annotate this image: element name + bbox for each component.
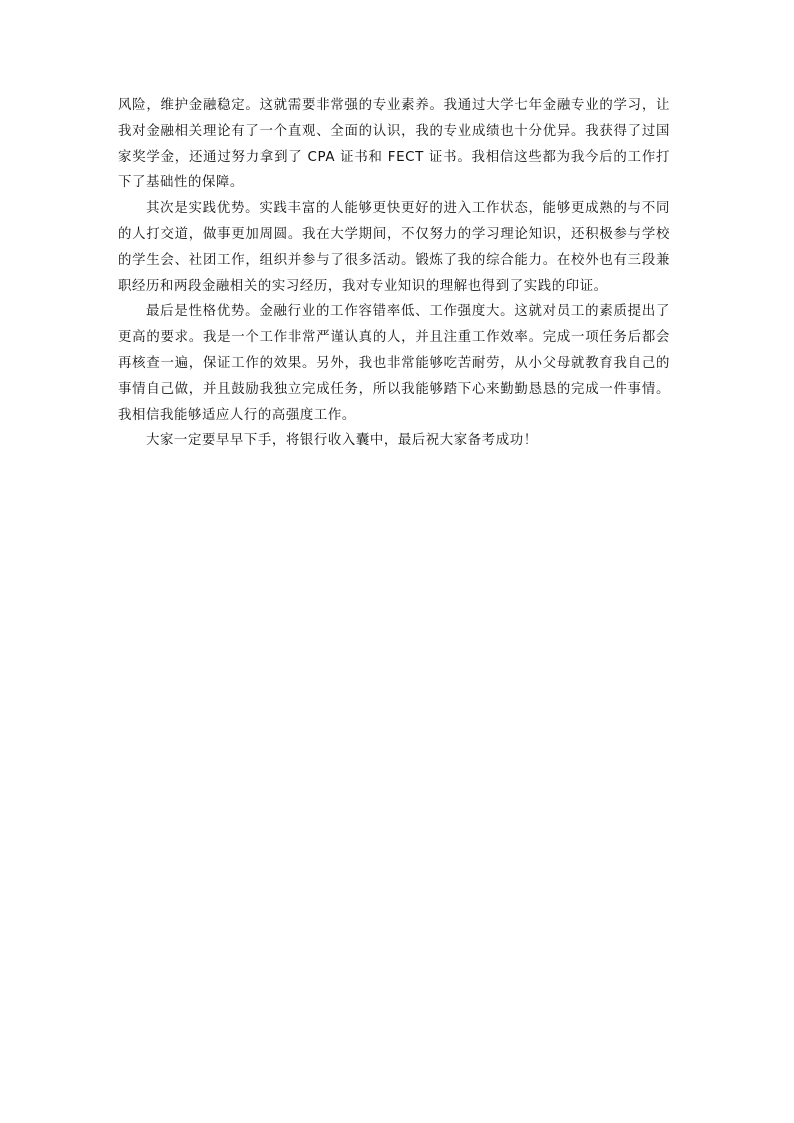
paragraph-academic: 风险，维护金融稳定。这就需要非常强的专业素养。我通过大学七年金融专业的学习，让我… bbox=[118, 93, 670, 196]
paragraph-personality: 最后是性格优势。金融行业的工作容错率低、工作强度大。这就对员工的素质提出了更高的… bbox=[118, 299, 670, 428]
paragraph-closing: 大家一定要早早下手，将银行收入囊中，最后祝大家备考成功！ bbox=[118, 428, 670, 454]
paragraph-practice: 其次是实践优势。实践丰富的人能够更快更好的进入工作状态，能够更成熟的与不同的人打… bbox=[118, 196, 670, 299]
document-page: 风险，维护金融稳定。这就需要非常强的专业素养。我通过大学七年金融专业的学习，让我… bbox=[118, 93, 670, 454]
